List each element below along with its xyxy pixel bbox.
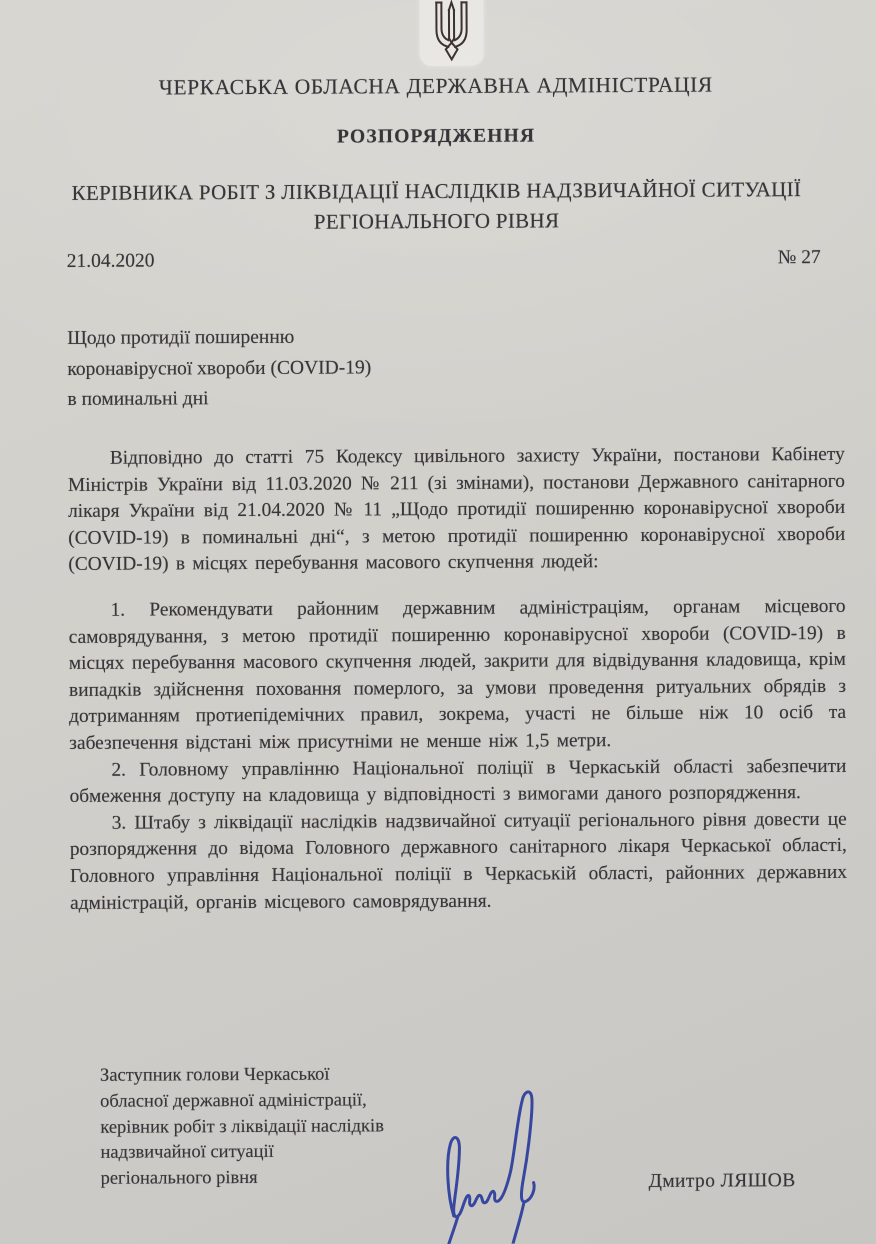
order-item-3: 3. Штабу з ліквідації наслідків надзвича… (70, 807, 848, 917)
doc-subtitle: КЕРІВНИКА РОБІТ З ЛІКВІДАЦІЇ НАСЛІДКІВ Н… (8, 174, 864, 238)
document-content: ЧЕРКАСЬКА ОБЛАСНА ДЕРЖАВНА АДМІНІСТРАЦІЯ… (0, 0, 876, 1244)
signatory-position-line-4: надзвичайної ситуації (100, 1140, 384, 1167)
doc-subtitle-line-1: КЕРІВНИКА РОБІТ З ЛІКВІДАЦІЇ НАСЛІДКІВ Н… (8, 174, 864, 208)
doc-subtitle-line-2: РЕГІОНАЛЬНОГО РІВНЯ (8, 204, 864, 238)
subject-line-2: коронавірусної хвороби (COVID-19) (67, 353, 371, 385)
doc-number-text: № 27 (778, 247, 821, 269)
signatory-position-line-5: регіонального рівня (101, 1165, 385, 1192)
ukraine-trident-icon (427, 0, 475, 62)
doc-date-text: 21.04.2020 (67, 250, 155, 272)
handwritten-signature (423, 1083, 554, 1244)
order-item-2: 2. Головному управлінню Національної пол… (69, 753, 846, 810)
meta-row: 21.04.2020 № 27 (67, 247, 821, 273)
signatory-position-line-2: обласної державної адміністрації, (100, 1088, 384, 1115)
signatory-position-block: Заступник голови Черкаської обласної дер… (100, 1062, 384, 1192)
doc-type-title: РОЗПОРЯДЖЕННЯ (0, 124, 874, 151)
signatory-position-line-3: керівник робіт з ліквідації наслідків (100, 1114, 384, 1141)
signatory-name: Дмитро ЛЯШОВ (649, 1170, 796, 1193)
order-item-1: 1. Рекомендувати районним державним адмі… (69, 594, 847, 758)
subject-line-1: Щодо протидії поширенню (67, 322, 371, 354)
subject-block: Щодо протидії поширенню коронавірусної х… (67, 322, 371, 415)
scanned-decree-page: ЧЕРКАСЬКА ОБЛАСНА ДЕРЖАВНА АДМІНІСТРАЦІЯ… (0, 0, 876, 1244)
emblem-patch (419, 0, 483, 66)
subject-line-3: в поминальні дні (67, 383, 371, 415)
intro-paragraph: Відповідно до статті 75 Кодексу цивільно… (68, 442, 846, 579)
signatory-position-line-1: Заступник голови Черкаської (100, 1062, 384, 1089)
decree-body: Відповідно до статті 75 Кодексу цивільно… (68, 442, 847, 917)
org-name-text: ЧЕРКАСЬКА ОБЛАСНА ДЕРЖАВНА АДМІНІСТРАЦІЯ (0, 72, 874, 102)
